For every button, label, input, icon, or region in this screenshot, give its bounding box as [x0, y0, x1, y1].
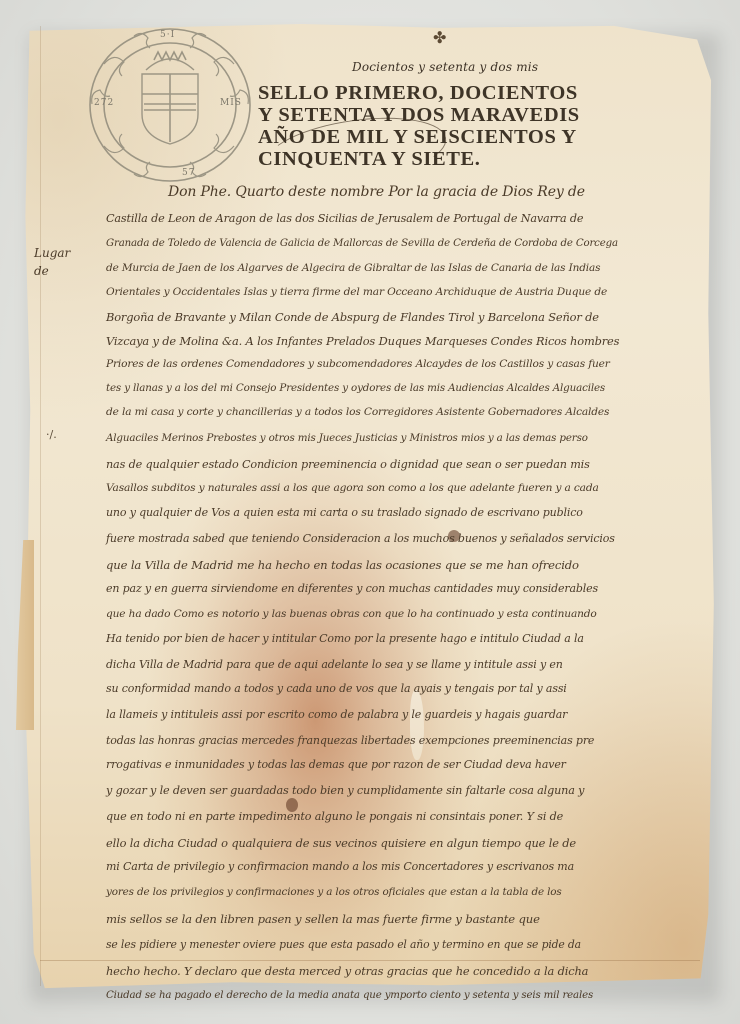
manuscript-line: Orientales y Occidentales Islas y tierra… — [106, 286, 607, 298]
manuscript-line: de Murcia de Jaen de los Algarves de Alg… — [106, 262, 600, 274]
royal-seal: 5·I 272 MIS 57 — [84, 24, 256, 186]
manuscript-line: tes y llanas y a los del mi Consejo Pres… — [106, 382, 605, 394]
manuscript-line: que ha dado Como es notorio y las buenas… — [106, 608, 597, 620]
manuscript-line: en paz y en guerra sirviendome en difere… — [106, 582, 598, 595]
manuscript-line: y gozar y le deven ser guardadas todo bi… — [106, 784, 584, 797]
manuscript-line: todas las honras gracias mercedes franqu… — [106, 734, 594, 747]
manuscript-line: Castilla de Leon de Aragon de las dos Si… — [106, 212, 583, 225]
fold-line — [40, 26, 41, 986]
manuscript-line: dicha Villa de Madrid para que de aqui a… — [106, 658, 563, 671]
bottom-crease — [40, 960, 700, 961]
manuscript-line: que en todo ni en parte impedimento algu… — [106, 810, 563, 823]
manuscript-line: de la mi casa y corte y chancillerias y … — [106, 406, 609, 418]
manuscript-line: rrogativas e inmunidades y todas las dem… — [106, 758, 566, 771]
manuscript-line: se les pidiere y menester oviere pues qu… — [106, 938, 581, 951]
stamp-value-line: Docientos y setenta y dos mis — [352, 60, 538, 74]
manuscript-line: mis sellos se la den libren pasen y sell… — [106, 912, 540, 926]
manuscript-line: que la Villa de Madrid me ha hecho en to… — [106, 558, 579, 572]
manuscript-line: Borgoña de Bravante y Milan Conde de Abs… — [106, 310, 599, 324]
fleuron-icon: ✤ — [433, 28, 446, 47]
stamp-line: SELLO PRIMERO, DOCIENTOS — [258, 82, 638, 104]
manuscript-line: la llameis y intituleis assi por escrito… — [106, 708, 567, 721]
seal-left-text: 272 — [94, 98, 114, 108]
manuscript-line: uno y qualquier de Vos a quien esta mi c… — [106, 506, 583, 519]
margin-note-line: Lugar — [34, 244, 70, 262]
manuscript-line: Priores de las ordenes Comendadores y su… — [106, 358, 610, 370]
manuscript-line: Granada de Toledo de Valencia de Galicia… — [106, 238, 618, 249]
seal-bottom-text: 57 — [182, 168, 195, 178]
manuscript-line: su conformidad mando a todos y cada uno … — [106, 682, 567, 695]
manuscript-line: Vasallos subditos y naturales assi a los… — [106, 482, 599, 494]
manuscript-line: fuere mostrada sabed que teniendo Consid… — [106, 532, 615, 545]
seal-right-text: MIS — [220, 98, 242, 108]
margin-note: Lugar de — [34, 244, 70, 280]
manuscript-line: Don Phe. Quarto deste nombre Por la grac… — [168, 184, 585, 200]
manuscript-line: yores de los privilegios y confirmacione… — [106, 886, 562, 898]
stamp-line: Y SETENTA Y DOS MARAVEDIS — [258, 104, 638, 126]
manuscript-line: hecho hecho. Y declaro que desta merced … — [106, 964, 588, 978]
manuscript-line: Ha tenido por bien de hacer y intitular … — [106, 632, 584, 645]
seal-top-text: 5·I — [160, 30, 175, 40]
manuscript-line: nas de qualquier estado Condicion preemi… — [106, 458, 590, 471]
margin-note-line: de — [34, 262, 70, 280]
manuscript-line: ello la dicha Ciudad o qualquiera de sus… — [106, 836, 576, 850]
manuscript-line: Ciudad se ha pagado el derecho de la med… — [106, 990, 593, 1001]
margin-mark: ·/. — [46, 428, 57, 441]
manuscript-line: Vizcaya y de Molina &a. A los Infantes P… — [106, 334, 619, 348]
manuscript-line: mi Carta de privilegio y confirmacion ma… — [106, 860, 574, 873]
manuscript-line: Alguaciles Merinos Prebostes y otros mis… — [106, 432, 588, 444]
